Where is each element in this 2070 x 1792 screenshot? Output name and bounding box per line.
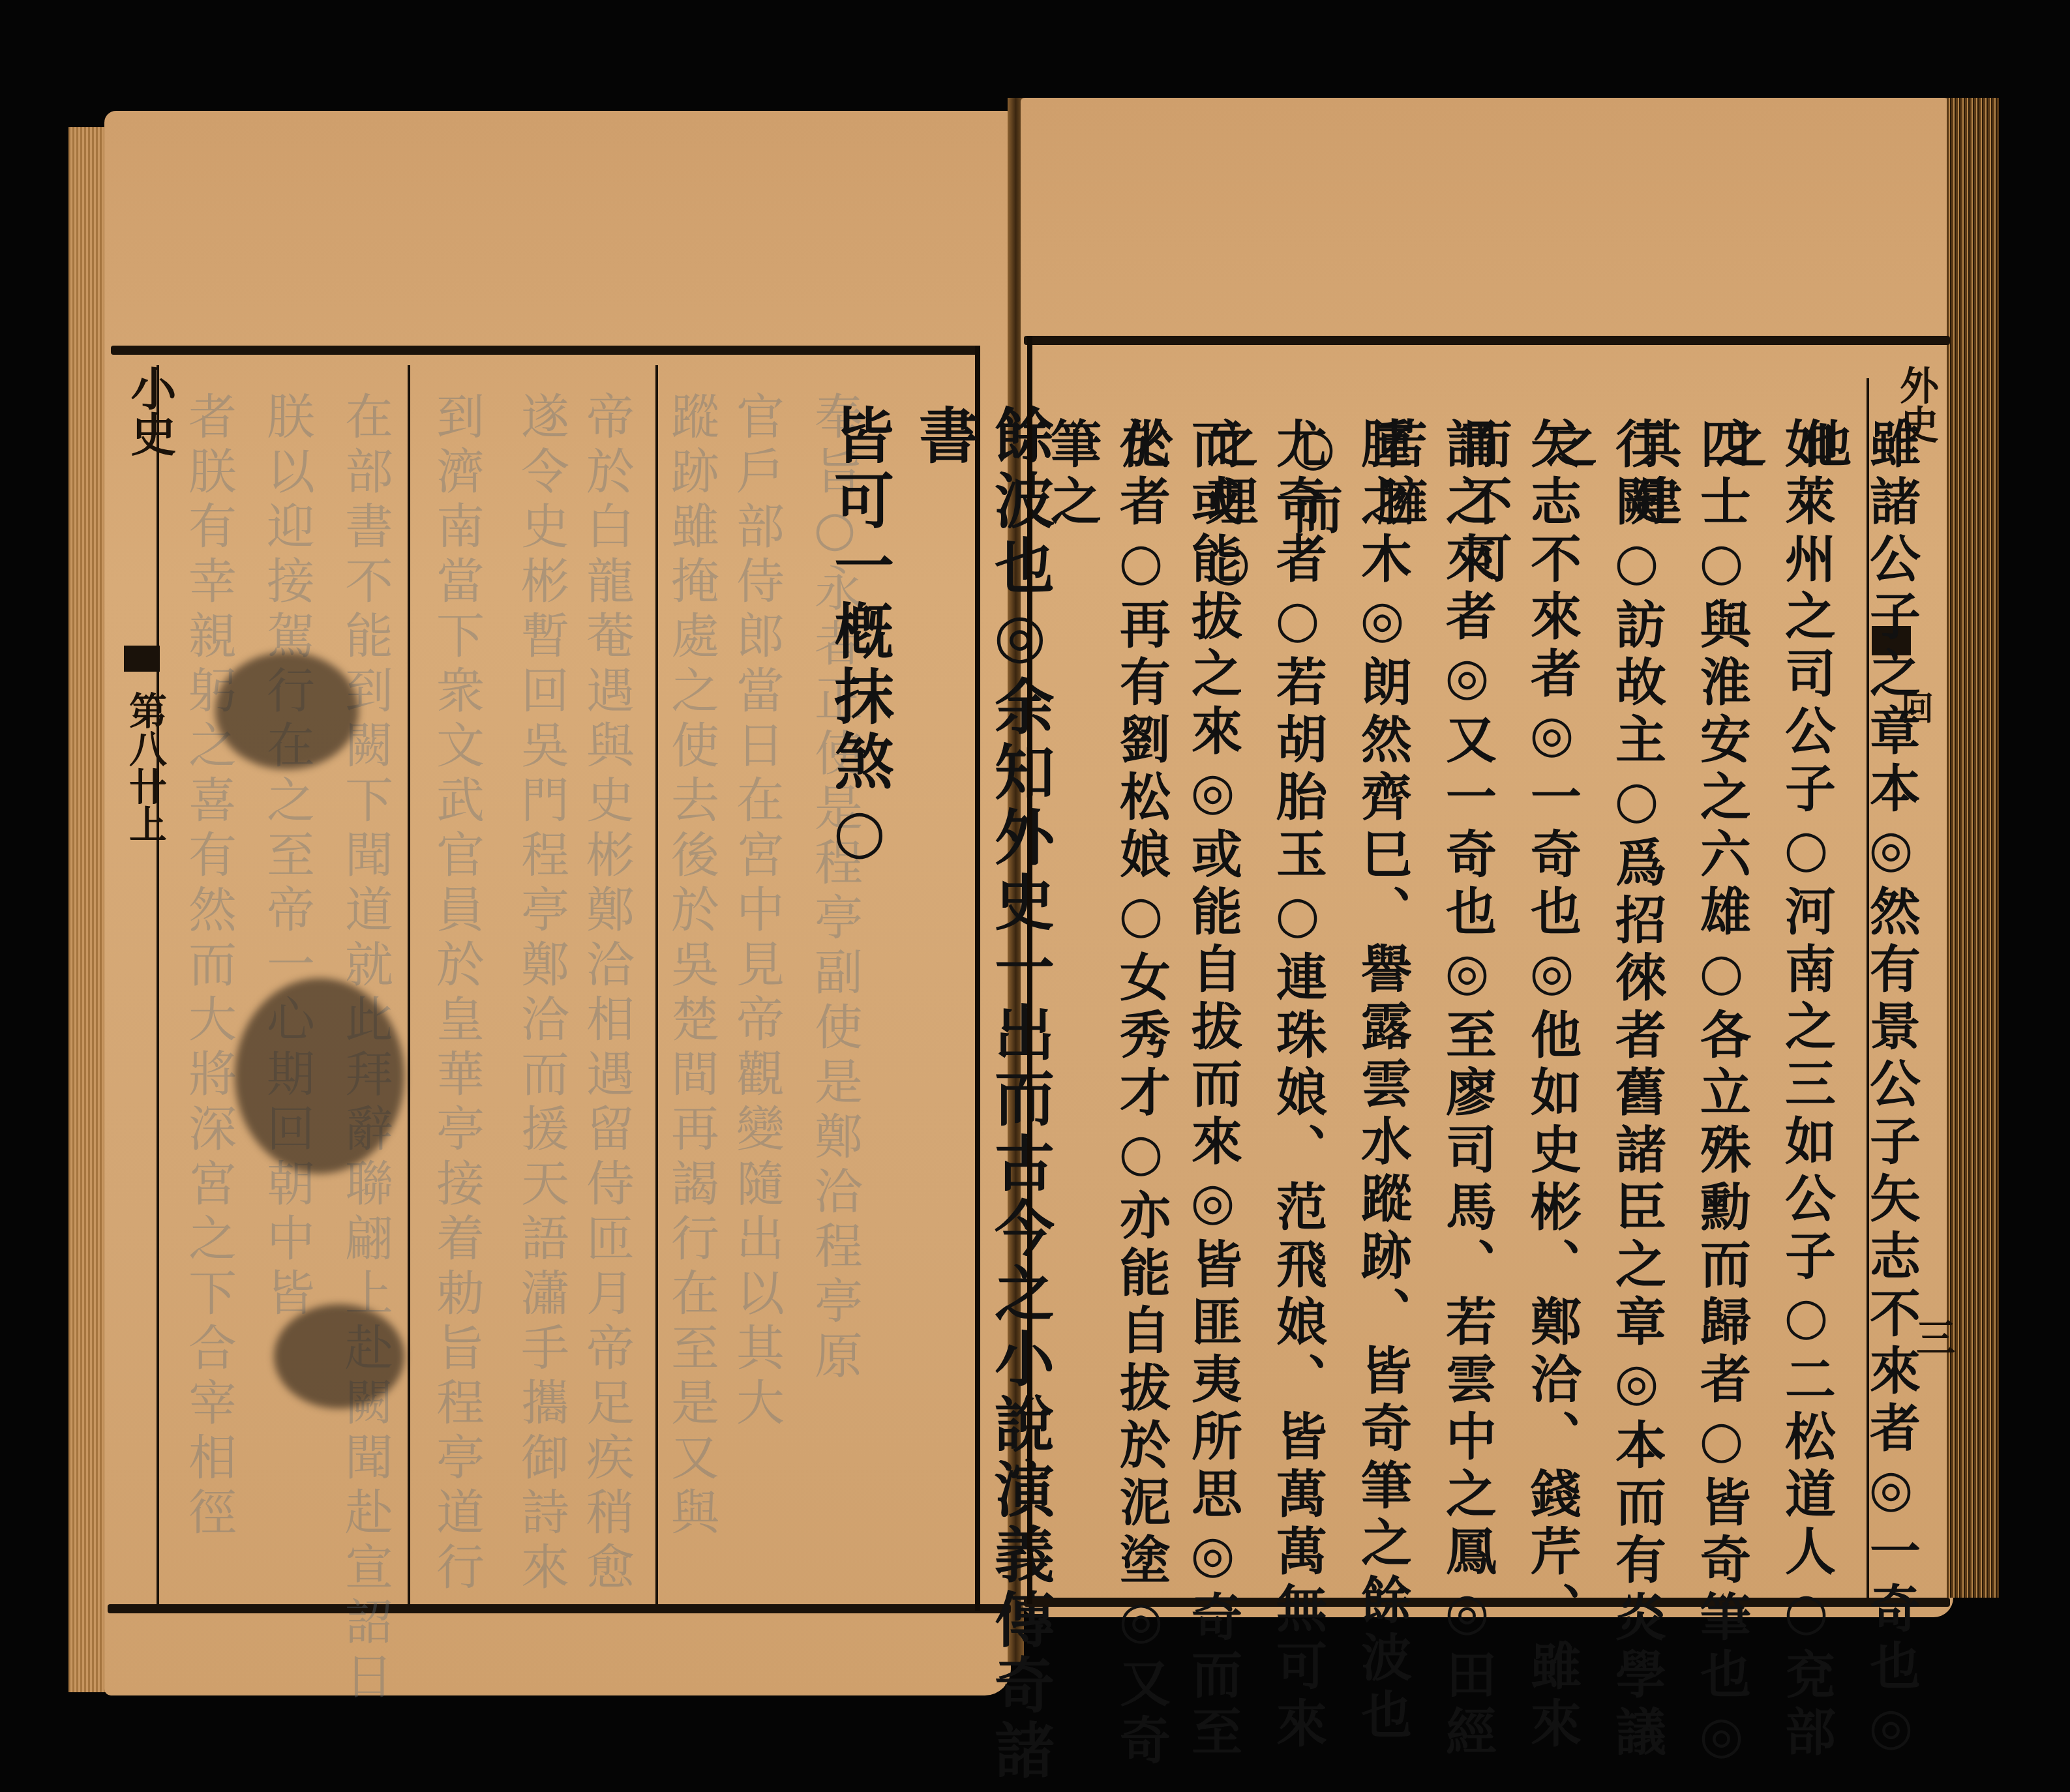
bleed-column-3: 蹤跡雖掩處之使去後於吳楚間再謁行在至是又與	[659, 391, 724, 1542]
bleed-column-4: 帝於白龍菴遇與史彬鄭洽相遇留侍匝月帝足疾稍愈	[574, 391, 639, 1596]
left-top-border	[111, 346, 978, 355]
left-page-edges	[68, 127, 108, 1692]
ink-smudge	[215, 652, 359, 769]
bleed-column-8: 朕以迎接駕行在之至帝一心期回朝中皆	[254, 391, 320, 1322]
left-column-rule-2	[655, 365, 658, 1604]
left-column-rule-1	[408, 365, 410, 1604]
left-margin-chapter: 第八卄上	[117, 691, 172, 843]
bleed-column-9: 者朕有幸親躬之喜有然而大將深宮之下合宰相徑	[176, 391, 241, 1542]
left-margin-title: 小史	[117, 365, 183, 456]
right-outer-border	[1027, 336, 1032, 1604]
ink-smudge	[235, 978, 404, 1174]
left-margin-rule	[157, 365, 159, 1604]
right-page-edges	[1947, 98, 1999, 1598]
left-main-column-2: 皆可一槪抹煞○	[822, 404, 897, 871]
ink-smudge	[274, 1304, 404, 1409]
right-column-10: 化者○再有劉松娘○女秀才○亦能自拔於泥塗◎又奇筆之	[1037, 417, 1175, 1792]
fishtail-mark-left	[124, 646, 160, 672]
left-bottom-border	[108, 1604, 1011, 1613]
bleed-column-5: 遂令史彬暫回吳門程亭鄭洽而援天語瀟手攜御詩來	[509, 391, 574, 1596]
left-main-column-1: 餘波也◎余知外史一出而古今之小說演義傳奇諸書	[907, 404, 1058, 1792]
bleed-column-2: 官戶部侍郎當日在宮中見帝觀變隨出以其大	[724, 391, 789, 1432]
bleed-column-6: 到濟南當下衆文武官員於皇華亭接着勅旨程亭道行	[424, 391, 489, 1596]
right-top-border	[1024, 336, 1950, 345]
